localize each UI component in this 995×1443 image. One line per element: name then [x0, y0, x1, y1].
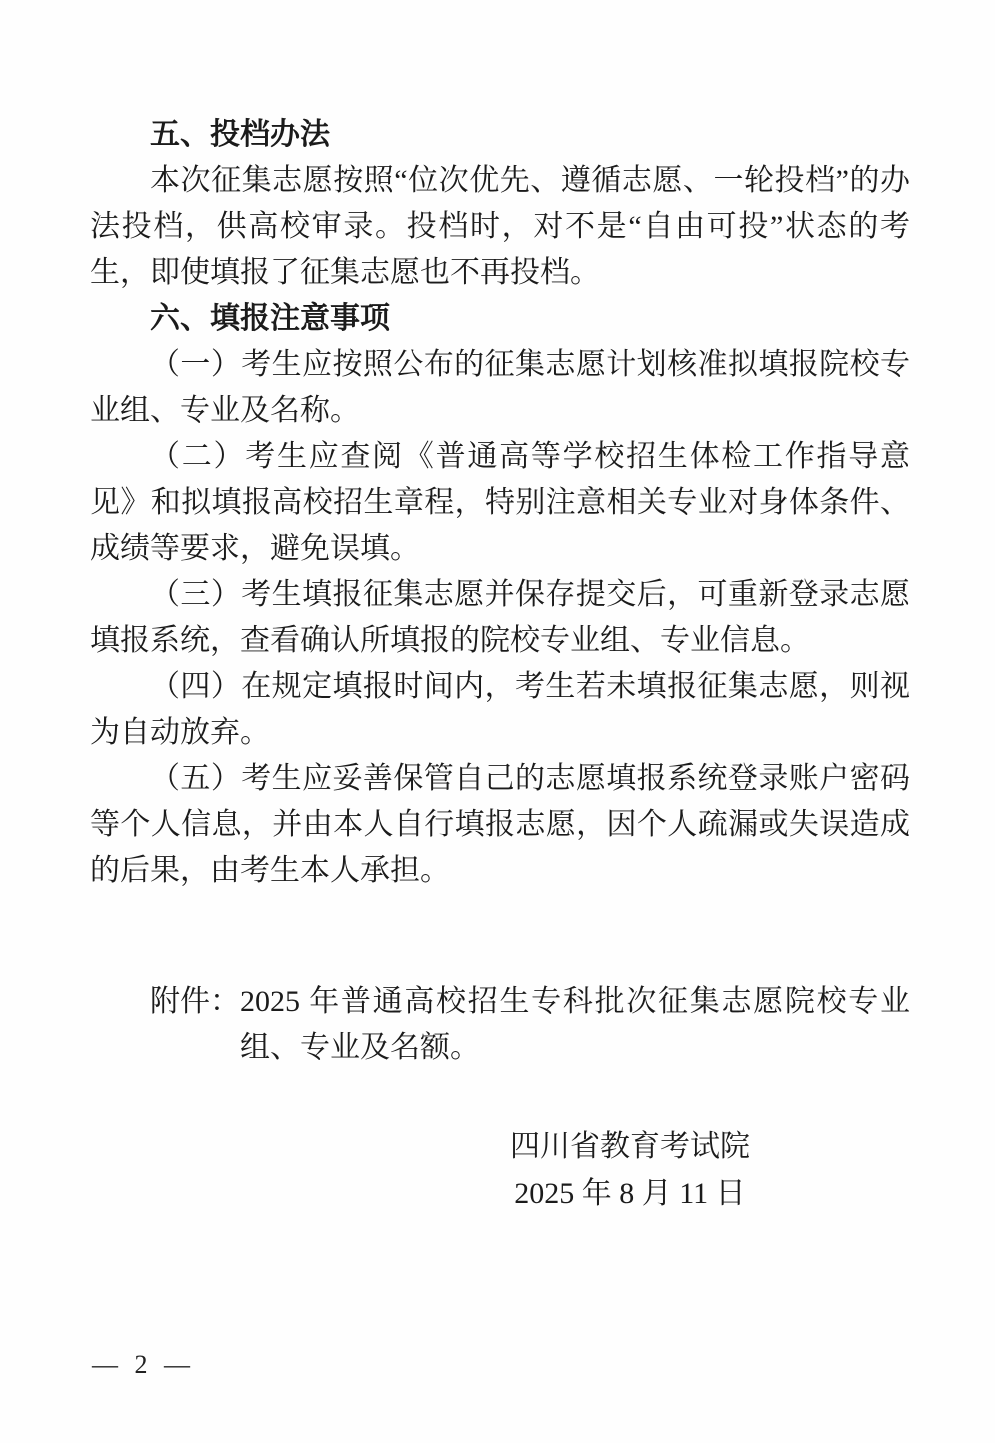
section6-item-5: （五）考生应妥善保管自己的志愿填报系统登录账户密码等个人信息，并由本人自行填报志… [90, 756, 910, 894]
signature-organization: 四川省教育考试院 [510, 1123, 750, 1170]
signature-block: 四川省教育考试院 2025 年 8 月 11 日 [510, 1123, 750, 1217]
section6-item-1: （一）考生应按照公布的征集志愿计划核准拟填报院校专业组、专业及名称。 [90, 342, 910, 434]
document-page: 五、投档办法 本次征集志愿按照“位次优先、遵循志愿、一轮投档”的办法投档，供高校… [0, 0, 995, 1443]
section6-item-2: （二）考生应查阅《普通高等学校招生体检工作指导意见》和拟填报高校招生章程，特别注… [90, 434, 910, 572]
signature-date: 2025 年 8 月 11 日 [510, 1170, 750, 1217]
section5-heading: 五、投档办法 [90, 112, 910, 158]
attachment-label: 附件： [150, 979, 240, 1071]
document-content: 五、投档办法 本次征集志愿按照“位次优先、遵循志愿、一轮投档”的办法投档，供高校… [0, 0, 995, 1217]
page-number: — 2 — [92, 1350, 195, 1380]
section6-heading: 六、填报注意事项 [90, 296, 910, 342]
section6-item-3: （三）考生填报征集志愿并保存提交后，可重新登录志愿填报系统，查看确认所填报的院校… [90, 572, 910, 664]
attachment-line: 附件： 2025 年普通高校招生专科批次征集志愿院校专业组、专业及名额。 [90, 979, 910, 1071]
section5-paragraph: 本次征集志愿按照“位次优先、遵循志愿、一轮投档”的办法投档，供高校审录。投档时，… [90, 158, 910, 296]
attachment-text: 2025 年普通高校招生专科批次征集志愿院校专业组、专业及名额。 [240, 979, 910, 1071]
section6-item-4: （四）在规定填报时间内，考生若未填报征集志愿，则视为自动放弃。 [90, 664, 910, 756]
